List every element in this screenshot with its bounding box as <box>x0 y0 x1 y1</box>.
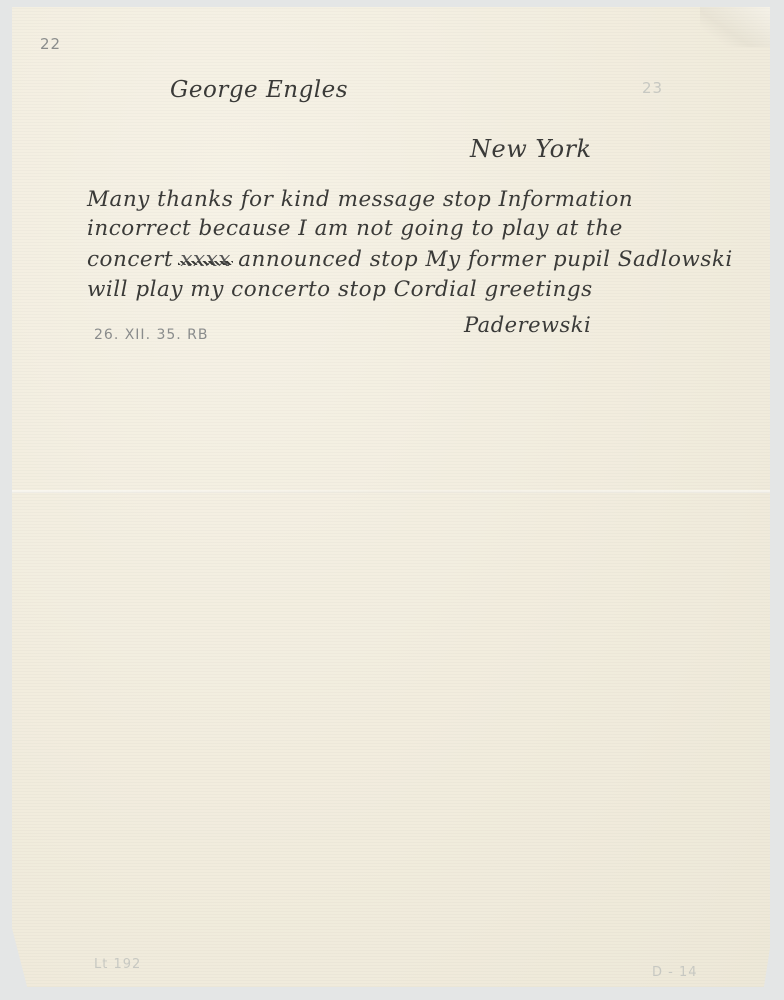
recipient-city: New York <box>470 135 592 163</box>
line-3-text-after: announced stop My former pupil Sadlowski <box>238 247 733 272</box>
recipient-name: George Engles <box>170 77 348 103</box>
fold-line <box>12 490 770 493</box>
page-number: 22 <box>40 35 61 53</box>
archive-reference-right: D - 14 <box>652 965 698 980</box>
faint-page-number: 23 <box>642 79 663 97</box>
archive-date-annotation: 26. XII. 35. RB <box>94 327 209 343</box>
body-line-2: incorrect because I am not going to play… <box>87 216 623 241</box>
body-line-1: Many thanks for kind message stop Inform… <box>87 187 633 212</box>
letter-paper: 22 23 George Engles New York Many thanks… <box>12 7 770 987</box>
line-3-text-before: concert <box>87 247 173 272</box>
archive-reference-left: Lt 192 <box>94 957 141 972</box>
corner-fold <box>700 7 770 47</box>
struck-out-word: xxxx <box>180 247 231 272</box>
scanned-page: 22 23 George Engles New York Many thanks… <box>0 0 784 1000</box>
signature: Paderewski <box>464 313 591 337</box>
body-line-3: concert xxxx announced stop My former pu… <box>87 247 733 272</box>
body-line-4: will play my concerto stop Cordial greet… <box>87 277 593 302</box>
